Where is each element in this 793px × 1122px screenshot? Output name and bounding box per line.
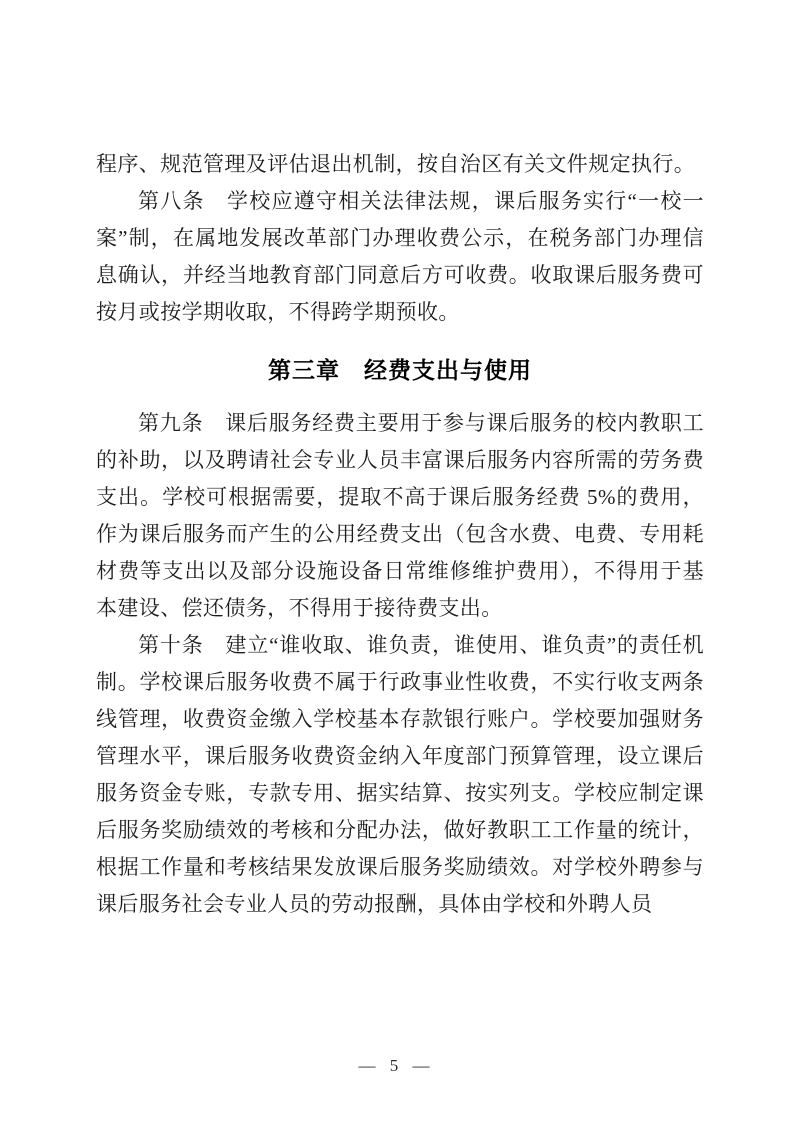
paragraph-article-8: 第八条 学校应遵守相关法律法规，课后服务实行“一校一案”制，在属地发展改革部门办… <box>96 183 704 331</box>
page-number: — 5 — <box>359 1056 435 1075</box>
chapter-heading: 第三章 经费支出与使用 <box>96 352 704 389</box>
page-footer: — 5 — <box>0 1056 793 1076</box>
paragraph-article-9: 第九条 课后服务经费主要用于参与课后服务的校内教职工的补助，以及聘请社会专业人员… <box>96 405 704 627</box>
paragraph-continuation: 程序、规范管理及评估退出机制，按自治区有关文件规定执行。 <box>96 146 704 183</box>
document-content: 程序、规范管理及评估退出机制，按自治区有关文件规定执行。 第八条 学校应遵守相关… <box>96 146 704 923</box>
document-page: 程序、规范管理及评估退出机制，按自治区有关文件规定执行。 第八条 学校应遵守相关… <box>0 0 793 1122</box>
paragraph-article-10: 第十条 建立“谁收取、谁负责，谁使用、谁负责”的责任机制。学校课后服务收费不属于… <box>96 627 704 923</box>
